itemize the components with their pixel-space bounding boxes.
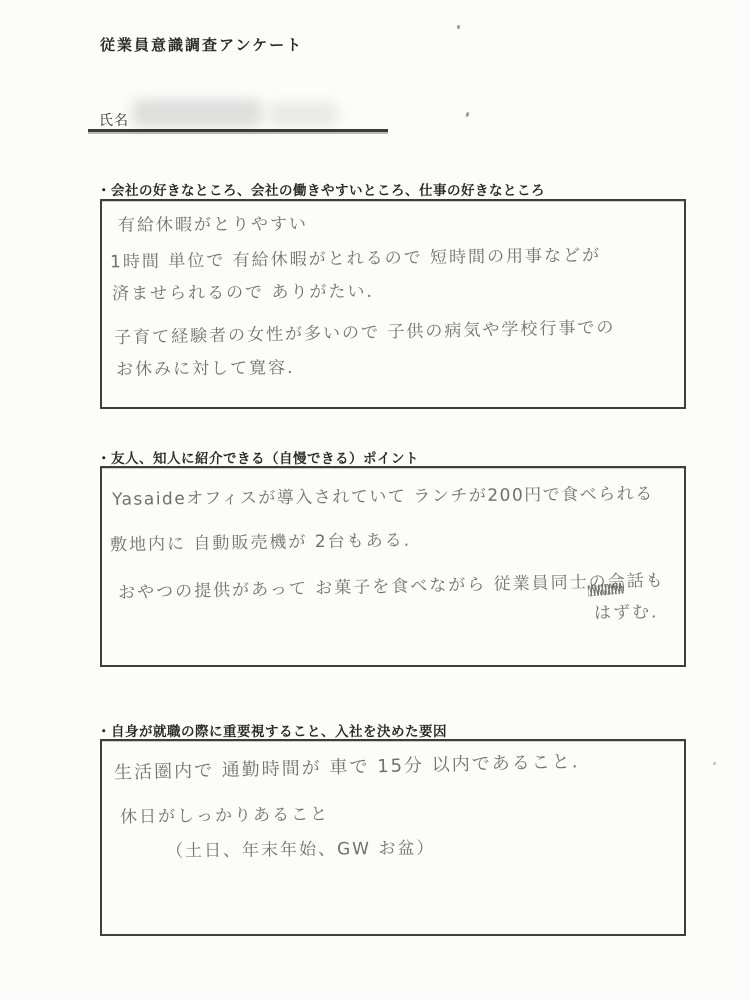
handwritten-line: お休みに対して寛容. — [116, 353, 295, 380]
name-label: 氏名 — [99, 110, 129, 130]
question-3-answer-box: 生活圏内で 通勤時間が 車で 15分 以内であること. 休日がしっかりあること … — [100, 739, 686, 936]
handwritten-line: 生活圏内で 通勤時間が 車で 15分 以内であること. — [114, 747, 580, 784]
crossed-out-word-scribble — [588, 582, 625, 596]
scan-speck — [457, 25, 460, 29]
survey-scan-page: 従業員意識調査アンケート 氏名 ・会社の好きなところ、会社の働きやすいところ、仕… — [0, 0, 750, 1000]
page-title: 従業員意識調査アンケート — [100, 34, 303, 55]
question-2-answer-box: Yasaideオフィスが導入されていて ランチが200円で食べられる 敷地内に … — [100, 466, 686, 667]
redacted-name-blur — [268, 102, 338, 126]
question-1-answer-box: 有給休暇がとりやすい 1時間 単位で 有給休暇がとれるので 短時間の用事などが … — [100, 199, 686, 409]
handwritten-line: 休日がしっかりあること — [120, 800, 329, 828]
question-3-heading: ・自身が就職の際に重要視すること、入社を決めた要因 — [97, 720, 447, 740]
handwritten-line: 1時間 単位で 有給休暇がとれるので 短時間の用事などが — [110, 241, 601, 273]
handwritten-line: 済ませられるので ありがたい. — [112, 277, 374, 304]
question-2-heading: ・友人、知人に紹介できる（自慢できる）ポイント — [97, 447, 419, 467]
handwritten-line: Yasaideオフィスが導入されていて ランチが200円で食べられる — [112, 479, 654, 510]
handwritten-line: 子育て経験者の女性が多いので 子供の病気や学校行事での — [114, 313, 616, 348]
scan-speck — [465, 112, 470, 118]
handwritten-line: （土日、年末年始、GW お盆） — [166, 833, 436, 861]
handwritten-line: はずむ. — [594, 597, 659, 623]
redacted-name-blur — [132, 99, 262, 127]
name-underline — [88, 129, 388, 132]
handwritten-line: 敷地内に 自動販売機が 2台もある. — [110, 526, 411, 556]
question-1-heading: ・会社の好きなところ、会社の働きやすいところ、仕事の好きなところ — [97, 179, 545, 199]
handwritten-line: 有給休暇がとりやすい — [118, 209, 308, 235]
scan-speck — [713, 762, 716, 765]
handwritten-line: おやつの提供があって お菓子を食べながら 従業員同士の会話も — [118, 566, 665, 603]
